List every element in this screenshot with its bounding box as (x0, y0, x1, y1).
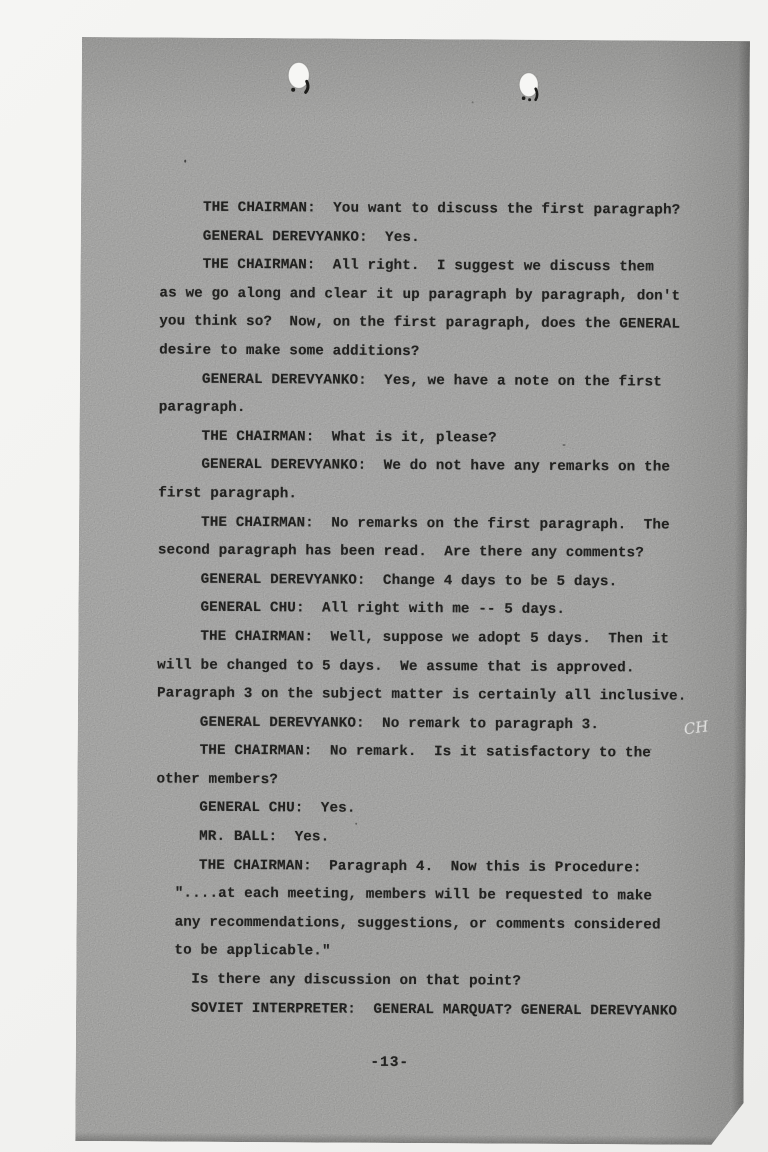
transcript-line: THE CHAIRMAN: All right. I suggest we di… (160, 251, 720, 283)
transcript-line: THE CHAIRMAN: You want to discuss the fi… (160, 193, 720, 225)
punch-hole-left-icon (286, 60, 314, 98)
transcript-line: first paragraph. (158, 479, 718, 511)
faint-handwritten-mark: CH (683, 717, 710, 738)
transcript-line: Paragraph 3 on the subject matter is cer… (157, 680, 717, 712)
transcript-line: other members? (156, 765, 716, 797)
transcript-body: THE CHAIRMAN: You want to discuss the fi… (155, 193, 720, 1026)
ink-speck (355, 823, 357, 825)
transcript-line: to be applicable." (155, 937, 715, 969)
transcript-line: GENERAL DEREVYANKO: We do not have any r… (158, 451, 718, 483)
transcript-line: "....at each meeting, members will be re… (156, 880, 716, 912)
transcript-line: second paragraph has been read. Are ther… (158, 537, 718, 569)
ink-speck (563, 444, 566, 446)
punch-hole-right-icon (516, 71, 544, 109)
transcript-line: MR. BALL: Yes. (156, 823, 716, 855)
transcript-line: THE CHAIRMAN: No remarks on the first pa… (158, 508, 718, 540)
transcript-line: THE CHAIRMAN: What is it, please? (158, 422, 718, 454)
transcript-line: SOVIET INTERPRETER: GENERAL MARQUAT? GEN… (155, 994, 715, 1026)
document-page: THE CHAIRMAN: You want to discuss the fi… (75, 37, 750, 1145)
transcript-line: THE CHAIRMAN: No remark. Is it satisfact… (157, 737, 717, 769)
ink-speck (472, 101, 474, 103)
ink-speck (650, 748, 652, 750)
scan-background: THE CHAIRMAN: You want to discuss the fi… (0, 0, 768, 1152)
transcript-line: Is there any discussion on that point? (155, 965, 715, 997)
transcript-line: GENERAL DEREVYANKO: No remark to paragra… (157, 708, 717, 740)
transcript-line: GENERAL CHU: Yes. (156, 794, 716, 826)
transcript-line: GENERAL DEREVYANKO: Yes, we have a note … (159, 365, 719, 397)
transcript-line: will be changed to 5 days. We assume tha… (157, 651, 717, 683)
transcript-line: GENERAL DEREVYANKO: Change 4 days to be … (158, 565, 718, 597)
transcript-line: any recommendations, suggestions, or com… (156, 908, 716, 940)
page-number: -13- (76, 1053, 704, 1073)
transcript-line: THE CHAIRMAN: Paragraph 4. Now this is P… (156, 851, 716, 883)
transcript-line: desire to make some additions? (159, 336, 719, 368)
ink-speck (184, 160, 186, 163)
transcript-line: you think so? Now, on the first paragrap… (159, 308, 719, 340)
transcript-line: paragraph. (159, 394, 719, 426)
transcript-line: GENERAL DEREVYANKO: Yes. (160, 222, 720, 254)
transcript-line: THE CHAIRMAN: Well, suppose we adopt 5 d… (157, 622, 717, 654)
transcript-line: GENERAL CHU: All right with me -- 5 days… (157, 594, 717, 626)
transcript-line: as we go along and clear it up paragraph… (159, 279, 719, 311)
